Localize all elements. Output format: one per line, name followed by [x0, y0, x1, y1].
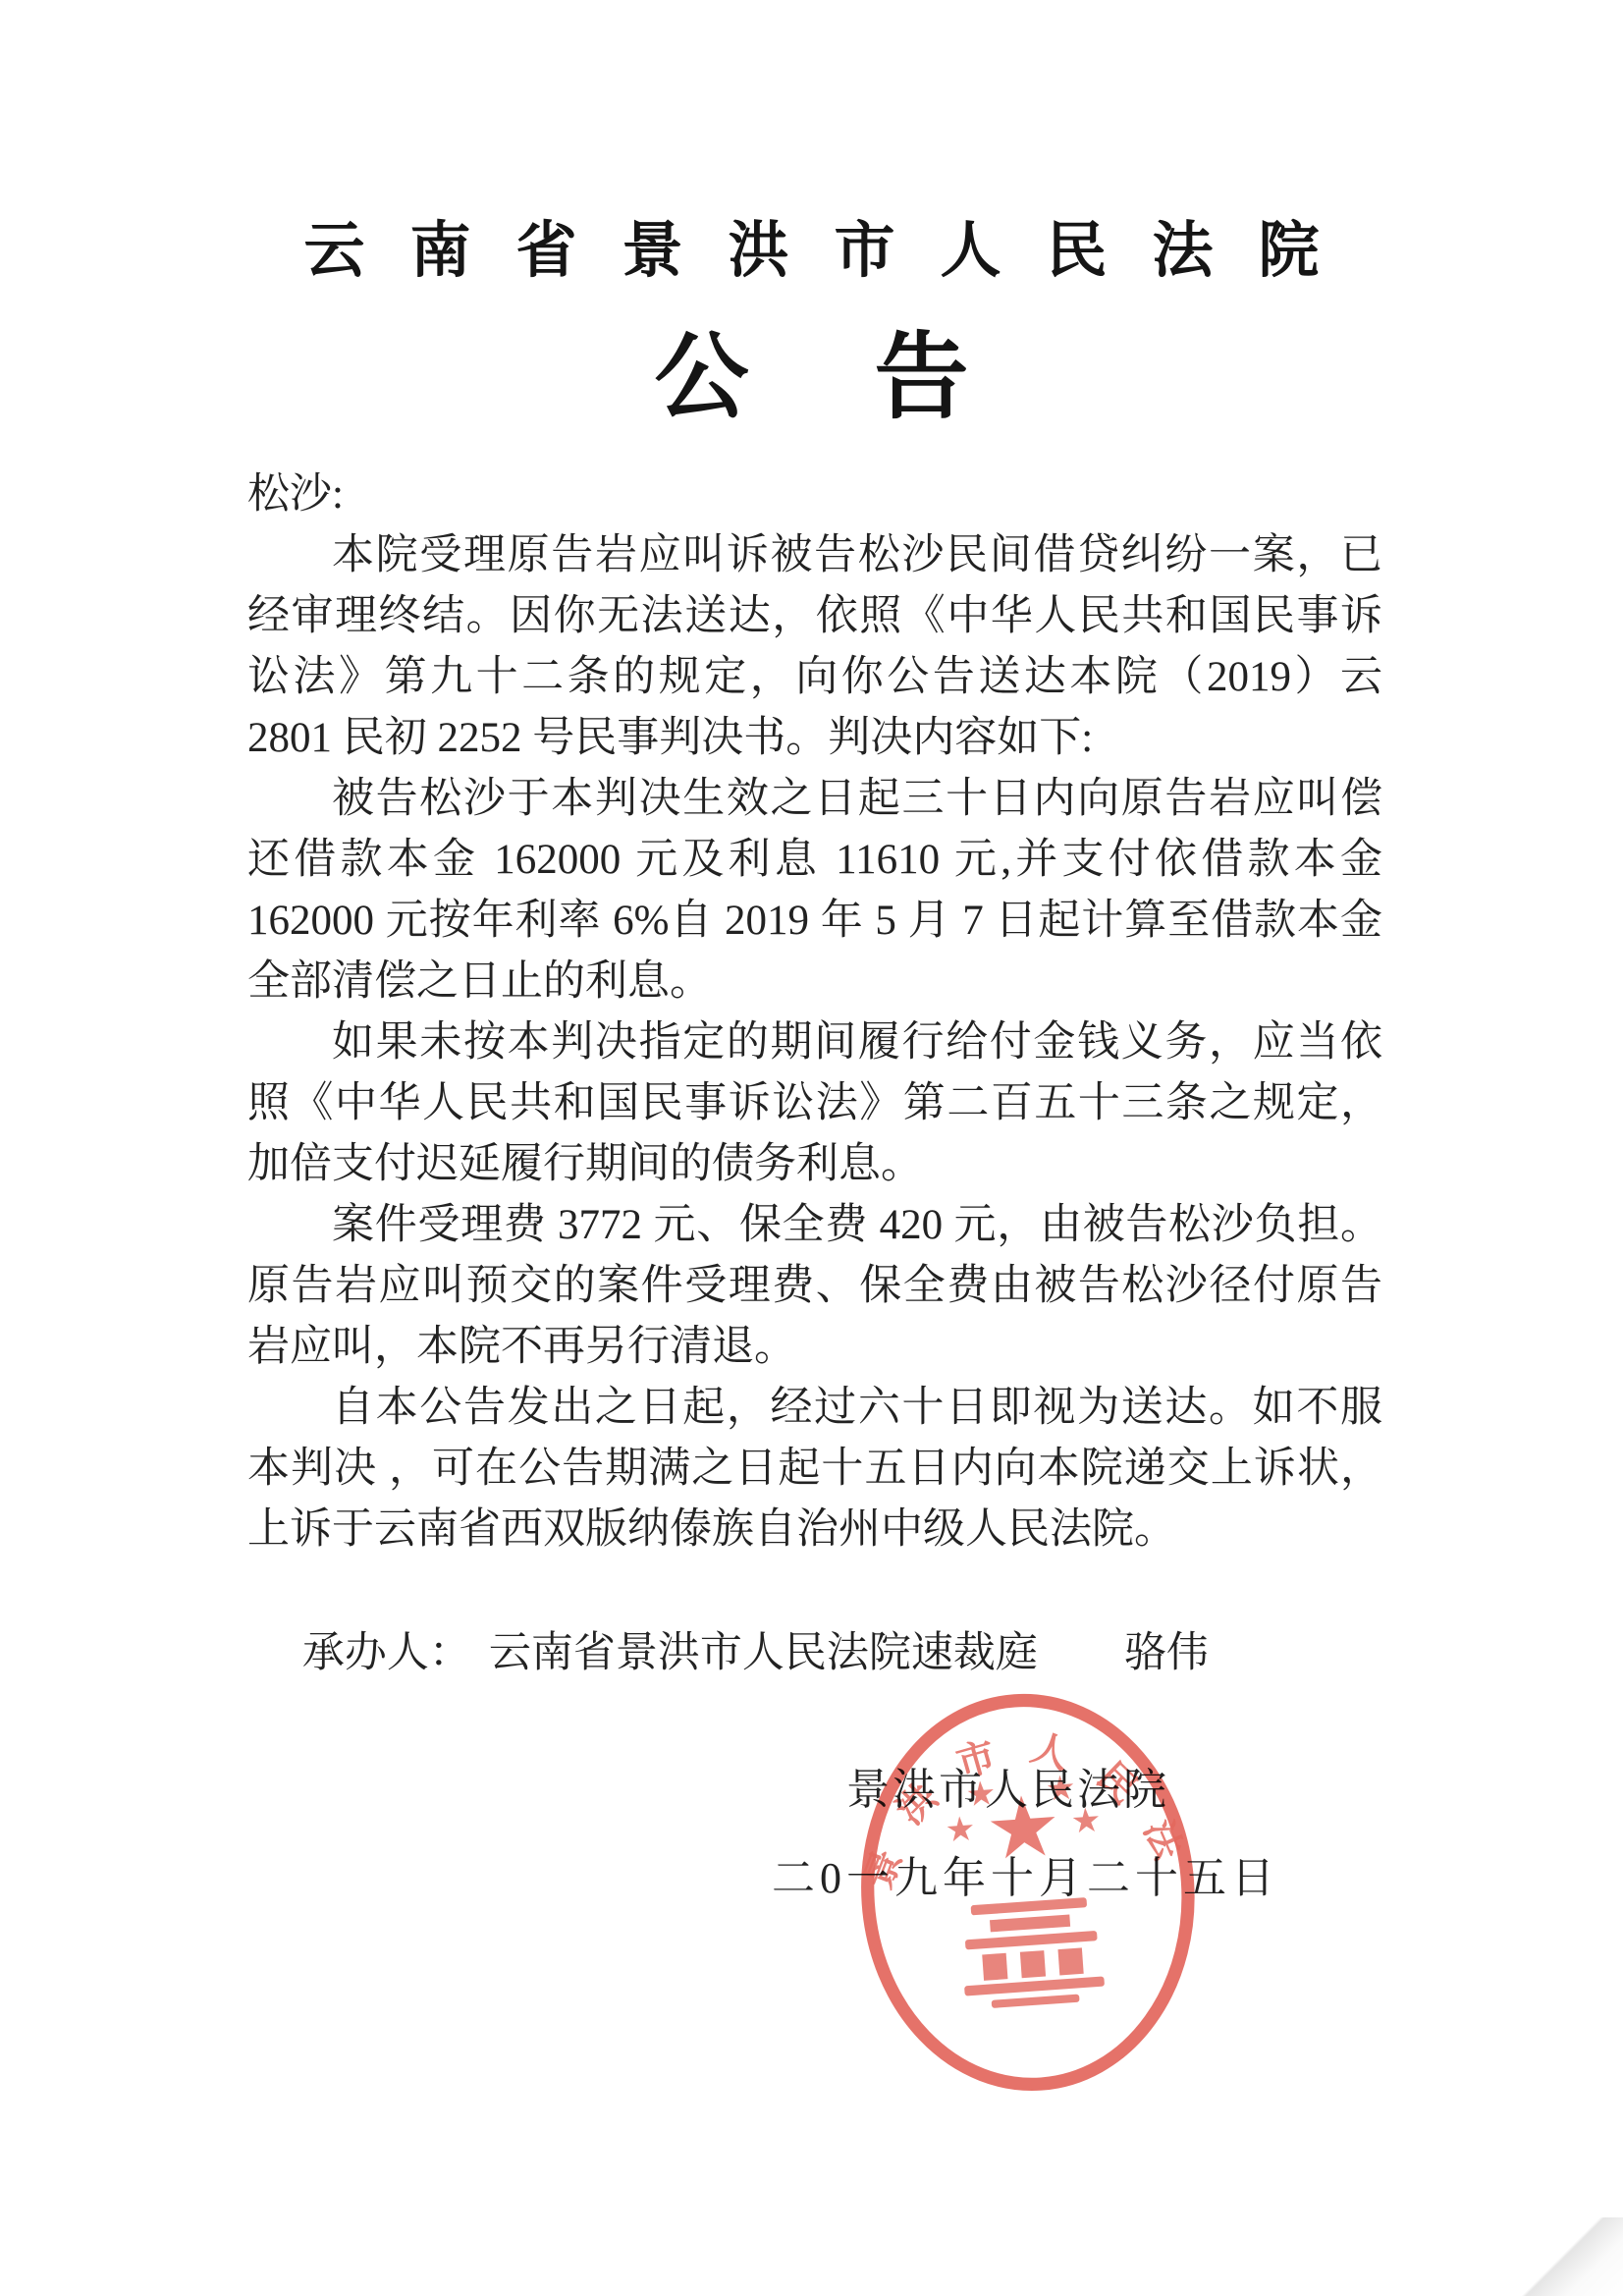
- notice-title: 公告: [0, 302, 1623, 437]
- notice-body: 松沙: 本院受理原告岩应叫诉被告松沙民间借贷纠纷一案，已经审理终结。因你无法送达…: [247, 465, 1382, 1684]
- seal-small-star-icon: [1072, 1807, 1100, 1833]
- official-court-seal-icon: 景洪市人民法院: [820, 1667, 1236, 2122]
- court-name-title: 云南省景洪市人民法院: [0, 201, 1623, 289]
- seal-big-star-icon: [989, 1793, 1057, 1859]
- seal-small-star-icon: [947, 1816, 974, 1842]
- paragraph-late-payment-clause: 如果未按本判决指定的期间履行给付金钱义务，应当依照《中华人民共和国民事诉讼法》第…: [247, 1012, 1382, 1195]
- court-notice-page: 云南省景洪市人民法院 公告 松沙: 本院受理原告岩应叫诉被告松沙民间借贷纠纷一案…: [0, 0, 1623, 2296]
- seal-gate-shape: [958, 1896, 1106, 2010]
- handler-label: 承办人：: [302, 1630, 471, 1676]
- seal-small-star-icon: [967, 1779, 995, 1806]
- handler-court: 云南省景洪市人民法院速裁庭: [489, 1630, 1038, 1676]
- seal-outer-ring: [855, 1690, 1201, 2096]
- paragraph-appeal-notice: 自本公告发出之日起，经过六十日即视为送达。如不服本判决 ，可在公告期满之日起十五…: [247, 1378, 1382, 1560]
- paragraph-case-intro: 本院受理原告岩应叫诉被告松沙民间借贷纠纷一案，已经审理终结。因你无法送达，依照《…: [247, 525, 1382, 769]
- paragraph-court-fees: 案件受理费 3772 元、保全费 420 元，由被告松沙负担。原告岩应叫预交的案…: [247, 1195, 1382, 1378]
- addressee-name: 松沙:: [247, 465, 1382, 525]
- handler-line: 承办人：云南省景洪市人民法院速裁庭骆伟: [247, 1623, 1382, 1684]
- scan-corner-artifact: [1476, 2217, 1623, 2296]
- paragraph-judgment-amount: 被告松沙于本判决生效之日起三十日内向原告岩应叫偿还借款本金 162000 元及利…: [247, 769, 1382, 1012]
